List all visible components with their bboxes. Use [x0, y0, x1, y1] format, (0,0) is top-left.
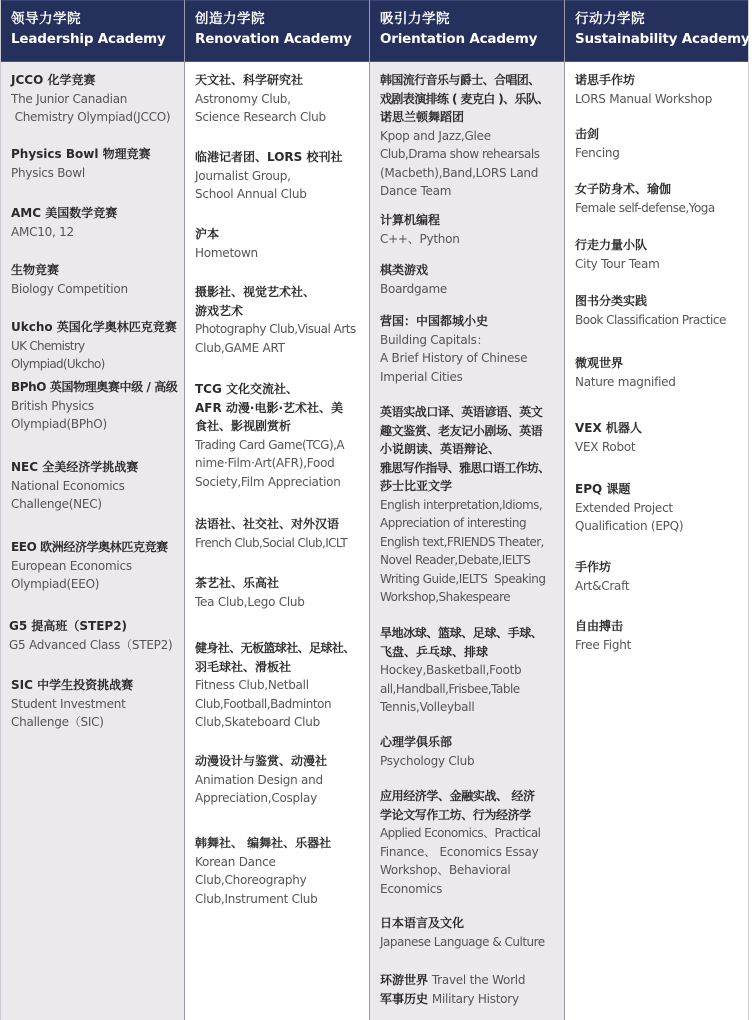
item-subtitle: Appreciation,Cosplay: [195, 789, 363, 808]
item-subtitle: National Economics: [11, 477, 178, 496]
list-item: 动漫设计与鉴赏、动漫社 Animation Design and Appreci…: [195, 752, 363, 808]
item-title: 韩国流行音乐与爵士、合唱团、: [380, 71, 558, 90]
list-item: 图书分类实践 Book Classification Practice: [575, 292, 742, 329]
inline-row: 军事历史 Military History: [380, 990, 558, 1009]
item-title: 图书分类实践: [575, 292, 742, 311]
item-title: VEX 机器人: [575, 419, 742, 438]
list-item: 女子防身术、瑜伽 Female self-defense,Yoga: [575, 180, 742, 217]
item-title: 环游世界: [380, 973, 428, 987]
list-item: 诺思手作坊 LORS Manual Workshop: [575, 71, 742, 108]
item-subtitle: G5 Advanced Class（STEP2): [9, 636, 178, 655]
list-item: 法语社、社交社、对外汉语 French Club,Social Club,ICL…: [195, 515, 363, 552]
item-subtitle: British Physics: [11, 397, 178, 416]
item-subtitle: The Junior Canadian: [11, 90, 178, 109]
list-item: VEX 机器人 VEX Robot: [575, 419, 742, 456]
item-subtitle: Physics Bowl: [11, 164, 178, 183]
item-subtitle: Club,GAME ART: [195, 339, 363, 358]
item-title: 心理学俱乐部: [380, 733, 558, 752]
list-item: EPQ 课题 Extended Project Qualification (E…: [575, 480, 742, 536]
header-title-en: Renovation Academy: [195, 29, 369, 49]
item-subtitle: Club,Skateboard Club: [195, 713, 363, 732]
list-item: 摄影社、视觉艺术社、 游戏艺术 Photography Club,Visual …: [195, 283, 363, 357]
item-subtitle: Female self-defense,Yoga: [575, 199, 742, 218]
item-subtitle: Astronomy Club,: [195, 90, 363, 109]
item-title: 韩舞社、 编舞社、乐器社: [195, 834, 363, 853]
item-subtitle: C++、Python: [380, 230, 558, 249]
column-header: 行动力学院 Sustainability Academy: [565, 0, 748, 62]
item-subtitle: Challenge(NEC): [11, 495, 178, 514]
item-subtitle: Japanese Language & Culture: [380, 933, 558, 952]
item-title: 天文社、科学研究社: [195, 71, 363, 90]
item-subtitle: Fencing: [575, 144, 742, 163]
item-title: 飞盘、乒乓球、排球: [380, 643, 558, 662]
item-title: 摄影社、视觉艺术社、: [195, 283, 363, 302]
item-title: 营国：中国都城小史: [380, 312, 558, 331]
list-item: 沪本 Hometown: [195, 225, 363, 262]
column-orientation-academy: 吸引力学院 Orientation Academy 韩国流行音乐与爵士、合唱团、…: [370, 0, 565, 1020]
item-subtitle: Olympiad(BPhO): [11, 415, 178, 434]
item-title: 日本语言及文化: [380, 914, 558, 933]
list-item: 日本语言及文化 Japanese Language & Culture: [380, 914, 558, 951]
item-subtitle: Military History: [432, 992, 519, 1006]
header-title-zh: 创造力学院: [195, 10, 369, 29]
item-subtitle: nime·Film·Art(AFR),Food: [195, 454, 363, 473]
item-subtitle: English text,FRIENDS Theater,: [380, 533, 558, 552]
item-title: 诺思手作坊: [575, 71, 742, 90]
item-subtitle: LORS Manual Workshop: [575, 90, 742, 109]
item-title: 莎士比亚文学: [380, 477, 558, 496]
item-subtitle: Psychology Club: [380, 752, 558, 771]
item-subtitle: Club,Drama show rehearsals: [380, 145, 558, 164]
item-subtitle: Club,Instrument Club: [195, 890, 363, 909]
item-subtitle: Imperial Cities: [380, 368, 558, 387]
item-title: NEC 全美经济学挑战赛: [11, 458, 178, 477]
list-item-inline: 环游世界 Travel the World 军事历史 Military Hist…: [380, 971, 558, 1008]
item-title: 戏剧表演排练 ( 麦克白 )、乐队、: [380, 90, 558, 109]
item-title: 沪本: [195, 225, 363, 244]
item-subtitle: Book Classification Practice: [575, 311, 742, 330]
list-item: AMC 美国数学竞赛 AMC10, 12: [11, 204, 178, 241]
item-subtitle: Finance、 Economics Essay: [380, 843, 558, 862]
item-subtitle: all,Handball,Frisbee,Table: [380, 680, 558, 699]
list-item: BPhO 英国物理奥赛中级 / 高级 British Physics Olymp…: [11, 378, 178, 434]
item-title: 诺思兰顿舞蹈团: [380, 108, 558, 127]
column-leadership-academy: 领导力学院 Leadership Academy JCCO 化学竞赛 The J…: [1, 0, 185, 1020]
item-title: 动漫设计与鉴赏、动漫社: [195, 752, 363, 771]
item-subtitle: Korean Dance: [195, 853, 363, 872]
list-item: 微观世界 Nature magnified: [575, 354, 742, 391]
item-subtitle: Nature magnified: [575, 373, 742, 392]
item-title: 游戏艺术: [195, 302, 363, 321]
item-title: 旱地冰球、篮球、足球、手球、: [380, 624, 558, 643]
item-title: 健身社、无板篮球社、足球社、: [195, 639, 363, 658]
item-subtitle: VEX Robot: [575, 438, 742, 457]
list-item: 计算机编程 C++、Python: [380, 211, 558, 248]
item-subtitle: Journalist Group,: [195, 167, 363, 186]
item-title: Physics Bowl 物理竞赛: [11, 145, 178, 164]
item-title: 生物竞赛: [11, 261, 178, 280]
list-item: Ukcho 英国化学奥林匹克竞赛 UK Chemistry Olympiad(U…: [11, 318, 178, 374]
item-title: 食社、影视剧赏析: [195, 417, 363, 436]
list-item: G5 提高班（STEP2) G5 Advanced Class（STEP2): [9, 617, 178, 654]
item-title: 学论文写作工坊、行为经济学: [380, 806, 558, 825]
item-subtitle: School Annual Club: [195, 185, 363, 204]
item-subtitle: Hockey,Basketball,Footb: [380, 661, 558, 680]
item-subtitle: European Economics: [11, 557, 178, 576]
item-subtitle: Fitness Club,Netball: [195, 676, 363, 695]
item-title: Ukcho 英国化学奥林匹克竞赛: [11, 318, 178, 337]
item-subtitle: Chemistry Olympiad(JCCO): [11, 108, 178, 127]
item-subtitle: Workshop、Behavioral: [380, 861, 558, 880]
list-item: 天文社、科学研究社 Astronomy Club, Science Resear…: [195, 71, 363, 127]
list-item: 旱地冰球、篮球、足球、手球、 飞盘、乒乓球、排球 Hockey,Basketba…: [380, 624, 558, 717]
list-item: 韩舞社、 编舞社、乐器社 Korean Dance Club,Choreogra…: [195, 834, 363, 908]
item-subtitle: City Tour Team: [575, 255, 742, 274]
list-item: NEC 全美经济学挑战赛 National Economics Challeng…: [11, 458, 178, 514]
item-subtitle: Student Investment: [11, 695, 178, 714]
item-title: 手作坊: [575, 558, 742, 577]
item-title: AMC 美国数学竞赛: [11, 204, 178, 223]
item-title: BPhO 英国物理奥赛中级 / 高级: [11, 378, 178, 397]
item-title: 法语社、社交社、对外汉语: [195, 515, 363, 534]
item-subtitle: AMC10, 12: [11, 223, 178, 242]
list-item: 营国：中国都城小史 Building Capitals： A Brief His…: [380, 312, 558, 386]
list-item: 健身社、无板篮球社、足球社、 羽毛球社、滑板社 Fitness Club,Net…: [195, 639, 363, 732]
list-item: 击剑 Fencing: [575, 125, 742, 162]
item-subtitle: Tennis,Volleyball: [380, 698, 558, 717]
item-title: 英语实战口译、英语谚语、英文: [380, 403, 558, 422]
item-title: 击剑: [575, 125, 742, 144]
item-title: 行走力量小队: [575, 236, 742, 255]
list-item: Physics Bowl 物理竞赛 Physics Bowl: [11, 145, 178, 182]
item-subtitle: English interpretation,Idioms,: [380, 496, 558, 515]
item-title: 棋类游戏: [380, 261, 558, 280]
list-item: EEO 欧洲经济学奥林匹克竞赛 European Economics Olymp…: [11, 538, 178, 594]
academy-table: 领导力学院 Leadership Academy JCCO 化学竞赛 The J…: [0, 0, 750, 1020]
list-item: JCCO 化学竞赛 The Junior Canadian Chemistry …: [11, 71, 178, 127]
item-subtitle: Appreciation of interesting: [380, 514, 558, 533]
list-item: TCG 文化交流社、 AFR 动漫·电影·艺术社、美 食社、影视剧赏析 Trad…: [195, 380, 363, 491]
list-item: 应用经济学、金融实战、 经济 学论文写作工坊、行为经济学 Applied Eco…: [380, 787, 558, 898]
item-subtitle: Extended Project: [575, 499, 742, 518]
list-item: 韩国流行音乐与爵士、合唱团、 戏剧表演排练 ( 麦克白 )、乐队、 诺思兰顿舞蹈…: [380, 71, 558, 201]
item-subtitle: Writing Guide,IELTS Speaking: [380, 570, 558, 589]
item-title: 应用经济学、金融实战、 经济: [380, 787, 558, 806]
item-subtitle: Club,Football,Badminton: [195, 695, 363, 714]
item-title: SIC 中学生投资挑战赛: [11, 676, 178, 695]
column-sustainability-academy: 行动力学院 Sustainability Academy 诺思手作坊 LORS …: [565, 0, 749, 1020]
header-title-en: Orientation Academy: [380, 29, 564, 49]
item-title: 军事历史: [380, 992, 428, 1006]
item-subtitle: Society,Film Appreciation: [195, 473, 363, 492]
list-item: 心理学俱乐部 Psychology Club: [380, 733, 558, 770]
item-title: AFR 动漫·电影·艺术社、美: [195, 399, 363, 418]
item-title: G5 提高班（STEP2): [9, 617, 178, 636]
item-subtitle: Biology Competition: [11, 280, 178, 299]
list-item: SIC 中学生投资挑战赛 Student Investment Challeng…: [11, 676, 178, 732]
item-subtitle: Art&Craft: [575, 577, 742, 596]
column-header: 吸引力学院 Orientation Academy: [370, 0, 564, 62]
item-title: 茶艺社、乐高社: [195, 574, 363, 593]
item-subtitle: Travel the World: [432, 973, 525, 987]
item-subtitle: Club,Choreography: [195, 871, 363, 890]
inline-row: 环游世界 Travel the World: [380, 971, 558, 990]
header-title-zh: 行动力学院: [575, 10, 748, 29]
item-title: 小说朗读、英语辩论、: [380, 440, 558, 459]
item-title: 计算机编程: [380, 211, 558, 230]
item-subtitle: Kpop and Jazz,Glee: [380, 127, 558, 146]
column-header: 领导力学院 Leadership Academy: [1, 0, 184, 62]
list-item: 生物竞赛 Biology Competition: [11, 261, 178, 298]
item-subtitle: Boardgame: [380, 280, 558, 299]
header-title-en: Leadership Academy: [11, 29, 184, 49]
item-title: 羽毛球社、滑板社: [195, 658, 363, 677]
item-title: TCG 文化交流社、: [195, 380, 363, 399]
item-subtitle: Science Research Club: [195, 108, 363, 127]
list-item: 英语实战口译、英语谚语、英文 趣文鉴赏、老友记小剧场、英语 小说朗读、英语辩论、…: [380, 403, 558, 607]
item-subtitle: Free Fight: [575, 636, 742, 655]
item-title: 雅思写作指导、雅思口语工作坊、: [380, 459, 558, 478]
column-renovation-academy: 创造力学院 Renovation Academy 天文社、科学研究社 Astro…: [185, 0, 370, 1020]
item-subtitle: French Club,Social Club,ICLT: [195, 534, 363, 553]
item-title: 趣文鉴赏、老友记小剧场、英语: [380, 422, 558, 441]
header-title-zh: 领导力学院: [11, 10, 184, 29]
item-subtitle: Trading Card Game(TCG),A: [195, 436, 363, 455]
list-item: 棋类游戏 Boardgame: [380, 261, 558, 298]
item-subtitle: Novel Reader,Debate,IELTS: [380, 551, 558, 570]
item-subtitle: Hometown: [195, 244, 363, 263]
item-title: EPQ 课题: [575, 480, 742, 499]
item-subtitle: Economics: [380, 880, 558, 899]
list-item: 自由搏击 Free Fight: [575, 617, 742, 654]
item-title: 临港记者团、LORS 校刊社: [195, 148, 363, 167]
item-subtitle: Olympiad(EEO): [11, 575, 178, 594]
list-item: 临港记者团、LORS 校刊社 Journalist Group, School …: [195, 148, 363, 204]
list-item: 行走力量小队 City Tour Team: [575, 236, 742, 273]
item-subtitle: Challenge（SIC): [11, 713, 178, 732]
column-header: 创造力学院 Renovation Academy: [185, 0, 369, 62]
item-subtitle: UK Chemistry Olympiad(Ukcho): [11, 337, 178, 374]
item-title: 微观世界: [575, 354, 742, 373]
item-title: 自由搏击: [575, 617, 742, 636]
item-title: EEO 欧洲经济学奥林匹克竞赛: [11, 538, 178, 557]
item-subtitle: Workshop,Shakespeare: [380, 588, 558, 607]
header-title-en: Sustainability Academy: [575, 29, 748, 49]
item-subtitle: Building Capitals：: [380, 331, 558, 350]
item-title: 女子防身术、瑜伽: [575, 180, 742, 199]
item-subtitle: Applied Economics、Practical: [380, 824, 558, 843]
item-subtitle: Dance Team: [380, 182, 558, 201]
item-title: JCCO 化学竞赛: [11, 71, 178, 90]
header-title-zh: 吸引力学院: [380, 10, 564, 29]
item-subtitle: Photography Club,Visual Arts: [195, 320, 363, 339]
item-subtitle: A Brief History of Chinese: [380, 349, 558, 368]
item-subtitle: (Macbeth),Band,LORS Land: [380, 164, 558, 183]
item-subtitle: Animation Design and: [195, 771, 363, 790]
list-item: 茶艺社、乐高社 Tea Club,Lego Club: [195, 574, 363, 611]
list-item: 手作坊 Art&Craft: [575, 558, 742, 595]
item-subtitle: Tea Club,Lego Club: [195, 593, 363, 612]
item-subtitle: Qualification (EPQ): [575, 517, 742, 536]
